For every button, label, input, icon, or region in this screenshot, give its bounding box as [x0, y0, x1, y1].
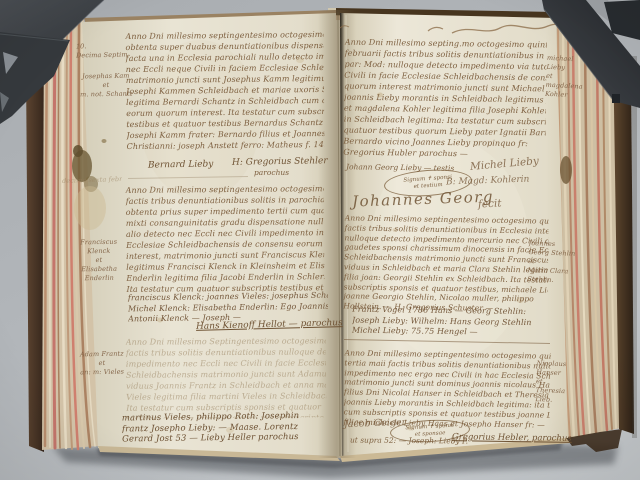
archive-book-photo: 745 10.Decima Septima Januarii Josephas … — [0, 0, 640, 480]
margin-note-couple: michaelLiebyetmagdalenaKohler — [545, 54, 595, 101]
bride-mark: B: Magd: Kohlerin — [446, 175, 530, 188]
right-entry-1-text: Anno Dni millesimo septing.mo octogesimo… — [343, 37, 547, 164]
handwritten-line: m. not. Schantz — [80, 90, 132, 100]
handwritten-line: Enderlin — [72, 274, 126, 284]
handwritten-line: Decima Septima Januarii — [76, 51, 128, 61]
signature-row: ut supra 52: — Joseph: Lieby P. — [350, 435, 468, 445]
left-entry-2-text: Anno Dni millesimo septingentesimo octog… — [126, 183, 325, 293]
margin-note-couple: Josephas Kametm. not. Schantz — [80, 72, 132, 100]
margin-note-date: decima sexta februarii — [62, 175, 122, 186]
signature-suffix: fecit — [478, 197, 502, 210]
left-entry-3-signatures: martinus Vieles, philippo Roth: Josephin… — [122, 411, 332, 448]
margin-note-couple: FranciscusKlencketElisabethaEnderlin — [72, 238, 127, 284]
handwritten-line: Gerard Jost 53 — Lieby Heller parochus — [122, 432, 332, 445]
handwritten-line: Christianni: joseph Anstett ferro: Mathe… — [127, 139, 325, 152]
left-entry-1-text: Anno Dni millesimo septingentesimo octog… — [125, 29, 324, 155]
priest-title: parochus — [254, 168, 289, 177]
priest-signature: H: Gregorius Stehler — [232, 156, 328, 168]
handwritten-line: Adam Frantz — [74, 350, 130, 360]
margin-note-date: 10.Decima Septima Januarii — [76, 42, 128, 61]
witness-signature: Bernard Lieby — [148, 159, 214, 170]
handwritten-line: Kohler — [545, 90, 593, 101]
ink-rule — [344, 339, 550, 344]
handwritten-line: an: m: Vieles — [74, 368, 130, 378]
handwriting-layer: 745 10.Decima Septima Januarii Josephas … — [0, 0, 640, 480]
page-number: 745 — [0, 0, 24, 14]
large-signature: Johannes Georg — [352, 188, 495, 211]
right-entry-2-witnesses: Frantz Vogel 1786 Hans — Georg Stehlin:J… — [352, 305, 550, 340]
handwritten-line: decima sexta februarii — [62, 175, 122, 186]
left-entry-3-text: Anno Dni millesimo Septingentesimo octog… — [126, 335, 327, 418]
priest-signature: Gregorius Hebler, parochus — [452, 432, 572, 444]
handwritten-line: Josephas Kam — [80, 72, 132, 82]
right-entry-2-text: Anno Dni millesimo septingentesimo octog… — [343, 213, 549, 314]
margin-note-couple: Adam Frantzetan: m: Vieles — [74, 350, 130, 378]
ink-rule — [128, 176, 248, 179]
